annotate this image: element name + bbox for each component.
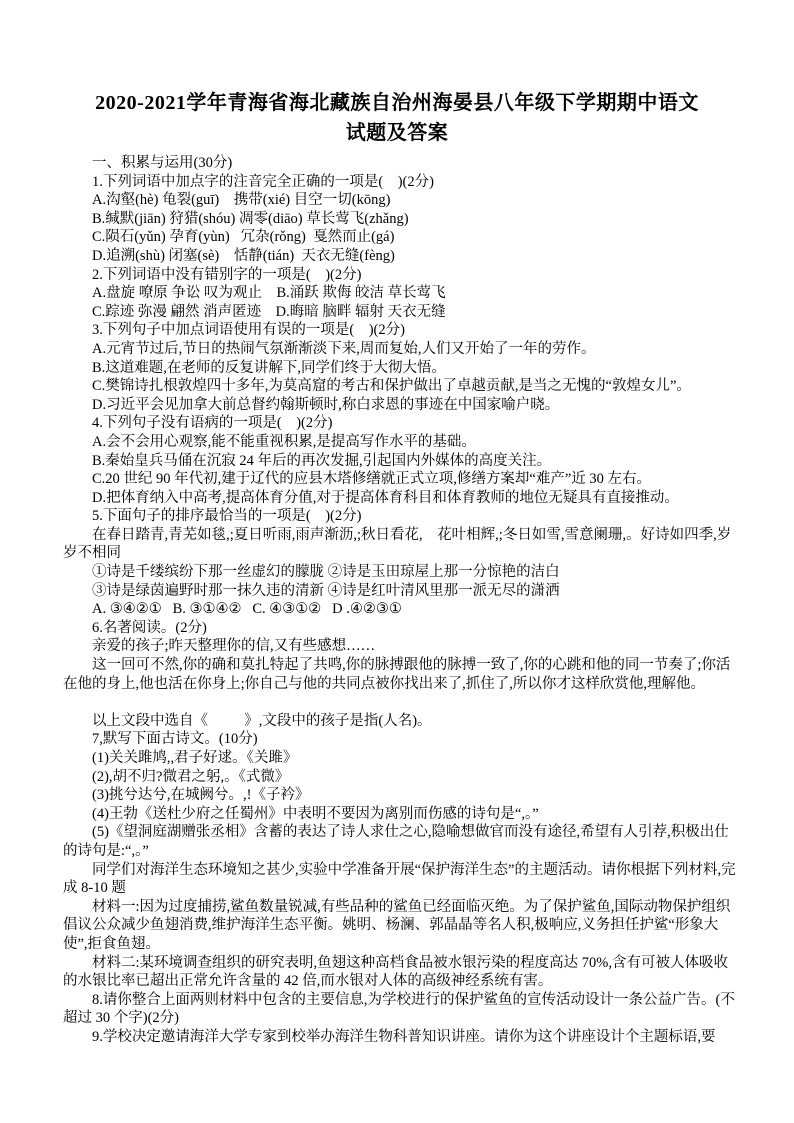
paragraph-9: C.踪迹 弥漫 翩然 消声匿迹 D.晦暗 脑畔 辐射 天衣无缝 <box>63 303 736 322</box>
paragraph-31: (1)关关雎鸠,,君子好逑。《关雎》 <box>63 749 736 768</box>
paragraph-32: (2),胡不归?微君之躬,。《式微》 <box>63 768 736 787</box>
paragraph-2: 1.下列词语中加点字的注音完全正确的一项是( )(2分) <box>63 173 736 192</box>
exam-document-page: 2020-2021学年青海省海北藏族自治州海晏县八年级下学期期中语文 试题及答案… <box>0 0 794 1123</box>
paragraph-12: B.这道难题,在老师的反复讲解下,同学们终于大彻大悟。 <box>63 359 736 378</box>
title-line-1: 2020-2021学年青海省海北藏族自治州海晏县八年级下学期期中语文 <box>36 88 758 118</box>
paragraph-22: ①诗是千缕缤纷下那一丝虚幻的朦胧 ②诗是玉田琼屋上那一分惊艳的洁白 <box>63 563 736 582</box>
paragraph-27: 这一回可不然,你的确和莫扎特起了共鸣,你的脉搏跟他的脉搏一致了,你的心跳和他的同… <box>63 656 736 693</box>
paragraph-24: A. ③④②① B. ③①④② C. ④③①② D .④②③① <box>63 600 736 619</box>
paragraph-3: A.沟壑(hè) 龟裂(guī) 携带(xié) 目空一切(kōng) <box>63 191 736 210</box>
paragraph-34: (4)王勃《送杜少府之任蜀州》中表明不要因为离别而伤感的诗句是“,。” <box>63 805 736 824</box>
paragraph-33: (3)挑兮达兮,在城阙兮。,!《子衿》 <box>63 786 736 805</box>
paragraph-29: 以上文段中选自《 》,文段中的孩子是指(人名)。 <box>63 712 736 731</box>
paragraph-26: 亲爱的孩子;昨天整理你的信,又有些感想…… <box>63 637 736 656</box>
paragraph-13: C.樊锦诗扎根敦煌四十多年,为莫高窟的考古和保护做出了卓越贡献,是当之无愧的“敦… <box>63 377 736 396</box>
paragraph-17: B.秦始皇兵马俑在沉寂 24 年后的再次发掘,引起国内外媒体的高度关注。 <box>63 452 736 471</box>
paragraph-35: (5)《望洞庭湖赠张丞相》含蓄的表达了诗人求仕之心,隐喻想做官而没有途径,希望有… <box>63 823 736 860</box>
paragraph-10: 3.下列句子中加点词语使用有误的一项是( )(2分) <box>63 321 736 340</box>
paragraph-39: 8.请你整合上面两则材料中包含的主要信息,为学校进行的保护鲨鱼的宣传活动设计一条… <box>63 991 736 1028</box>
document-title: 2020-2021学年青海省海北藏族自治州海晏县八年级下学期期中语文 试题及答案 <box>36 88 758 148</box>
paragraph-16: A.会不会用心观察,能不能重视积累,是提高写作水平的基础。 <box>63 433 736 452</box>
paragraph-30: 7,默写下面古诗文。(10分) <box>63 730 736 749</box>
paragraph-19: D.把体育纳入中高考,提高体育分值,对于提高体育科目和体育教师的地位无疑具有直接… <box>63 489 736 508</box>
paragraph-14: D.习近平会见加拿大前总督约翰斯顿时,称白求恩的事迹在中国家喻户晓。 <box>63 396 736 415</box>
paragraph-40: 9.学校决定邀请海洋大学专家到校举办海洋生物科普知识讲座。请你为这个讲座设计个主… <box>63 1028 736 1047</box>
title-line-2: 试题及答案 <box>36 118 758 148</box>
paragraph-15: 4.下列句子没有语病的一项是( )(2分) <box>63 414 736 433</box>
paragraph-5: C.陨石(yǔn) 孕育(yùn) 冗杂(rǒng) 戛然而止(gá) <box>63 228 736 247</box>
paragraph-4: B.缄默(jiān) 狩猎(shóu) 凋零(diāo) 草长莺飞(zhǎng) <box>63 210 736 229</box>
paragraph-1: 一、积累与运用(30分) <box>63 154 736 173</box>
document-body: 一、积累与运用(30分)1.下列词语中加点字的注音完全正确的一项是( )(2分)… <box>63 154 736 1047</box>
paragraph-7: 2.下列词语中没有错别字的一项是( )(2分) <box>63 266 736 285</box>
paragraph-18: C.20 世纪 90 年代初,建于辽代的应县木塔修缮就正式立项,修缮方案却“难产… <box>63 470 736 489</box>
paragraph-37: 材料一:因为过度捕捞,鲨鱼数量锐减,有些品种的鲨鱼已经面临灭绝。为了保护鲨鱼,国… <box>63 898 736 954</box>
paragraph-23: ③诗是绿茵遍野时那一抹久违的清新 ④诗是红叶清风里那一派无尽的潇洒 <box>63 582 736 601</box>
paragraph-38: 材料二:某环境调查组织的研究表明,鱼翅这种高档食品被水银污染的程度高达 70%,… <box>63 954 736 991</box>
paragraph-8: A.盘旋 嘹原 争讼 叹为观止 B.涌跃 欺侮 皎洁 草长莺飞 <box>63 284 736 303</box>
paragraph-36: 同学们对海洋生态环境知之甚少,实验中学准备开展“保护海洋生态”的主题活动。请你根… <box>63 861 736 898</box>
paragraph-21: 在春日踏青,青芜如毯,;夏日听雨,雨声渐沥,;秋日看花, 花叶相辉,;冬日如雪,… <box>63 526 736 563</box>
paragraph-25: 6.名著阅读。(2分) <box>63 619 736 638</box>
paragraph-6: D.追溯(shù) 闭塞(sè) 恬静(tián) 天衣无缝(fèng) <box>63 247 736 266</box>
paragraph-20: 5.下面句子的排序最恰当的一项是( )(2分) <box>63 507 736 526</box>
paragraph-11: A.元宵节过后,节日的热闹气氛渐渐淡下来,周而复始,人们又开始了一年的劳作。 <box>63 340 736 359</box>
paragraph-28 <box>63 693 736 712</box>
